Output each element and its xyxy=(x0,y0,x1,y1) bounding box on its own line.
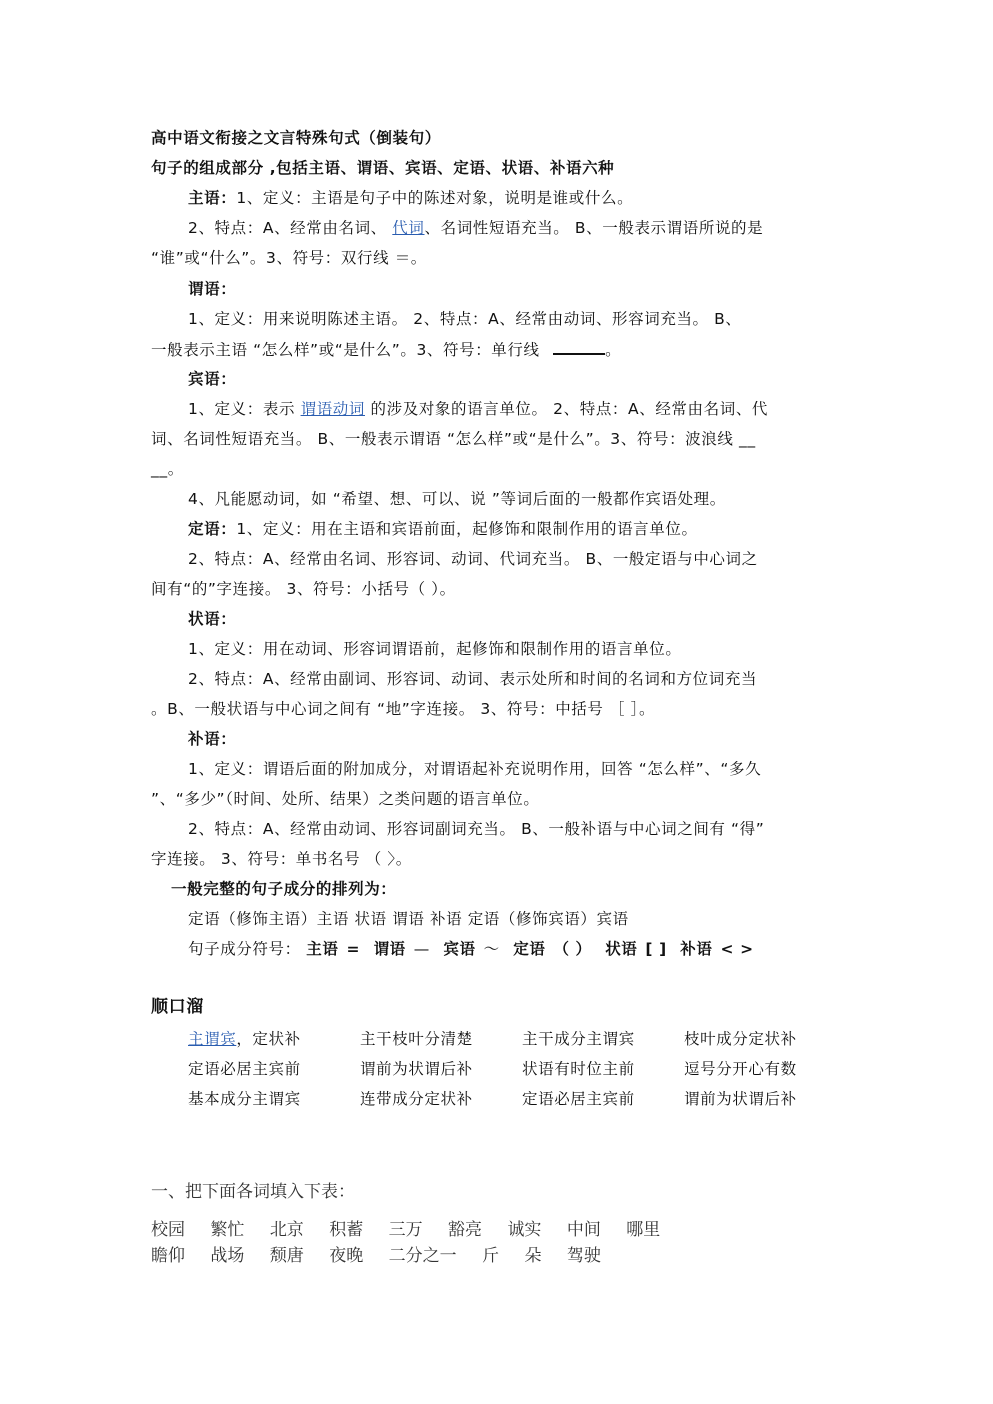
word: 斤 xyxy=(482,1245,499,1267)
word: 驾驶 xyxy=(567,1245,601,1267)
document-page: 高中语文衔接之文言特殊句式（倒装句） 句子的组成部分 ,包括主语、谓语、宾语、定… xyxy=(0,0,993,1404)
weiyu-line-2-end: 。 xyxy=(605,341,621,359)
word: 瞻仰 xyxy=(151,1245,185,1267)
word: 三万 xyxy=(389,1219,423,1241)
rhyme-cell: 主干枝叶分清楚 xyxy=(360,1029,473,1049)
binyu-line-1: 1、定义：表示 谓语动词 的涉及对象的语言单位。 2、特点：A、经常由名词、代 xyxy=(188,399,768,419)
zhuyu-symbol-line: “谁”或“什么”。3、符号：双行线 ＝。 xyxy=(151,248,427,268)
zhuangyu-definition: 1、定义：用在动词、形容词谓语前，起修饰和限制作用的语言单位。 xyxy=(188,639,681,659)
zhuyu-label: 主语： xyxy=(188,189,236,207)
rhyme-cell: 谓前为状谓后补 xyxy=(684,1089,797,1109)
weiyu-line-2-text: 一般表示主语 “怎么样”或“是什么”。3、符号：单行线 xyxy=(151,341,540,359)
symbol-name-dingyu: 定语 xyxy=(513,940,545,958)
buyu-definition-2: ”、“多少”（时间、处所、结果）之类问题的语言单位。 xyxy=(151,789,539,809)
buyu-definition: 1、定义：谓语后面的附加成分，对谓语起补充说明作用，回答 “怎么样”、“多久 xyxy=(188,759,761,779)
dingyu-line-2: 2、特点：A、经常由名词、形容词、动词、代词充当。 B、一般定语与中心词之 xyxy=(188,549,758,569)
buyu-label: 补语： xyxy=(188,729,236,749)
word: 繁忙 xyxy=(210,1219,244,1241)
order-heading: 一般完整的句子成分的排列为： xyxy=(171,879,396,899)
buyu-line-2: 2、特点：A、经常由动词、形容词副词充当。 B、一般补语与中心词之间有 “得” xyxy=(188,819,764,839)
word: 豁亮 xyxy=(448,1219,482,1241)
symbols-label: 句子成分符号： xyxy=(188,940,301,958)
zhuyu-definition-line: 主语：1、定义：主语是句子中的陈述对象，说明是谁或什么。 xyxy=(188,188,633,208)
binyu-line-1-text-2: 的涉及对象的语言单位。 2、特点：A、经常由名词、代 xyxy=(365,400,768,418)
rhyme-heading: 顺口溜 xyxy=(151,997,204,1017)
single-underline-symbol xyxy=(553,339,605,355)
word: 积蓄 xyxy=(329,1219,363,1241)
symbols-line: 句子成分符号： 主语= 谓语— 宾语～ 定语（ ） 状语[ ] 补语< > xyxy=(188,939,762,959)
symbol-name-buyu: 补语 xyxy=(680,940,712,958)
link-weiyu-dongci[interactable]: 谓语动词 xyxy=(301,400,365,418)
symbol-binyu: ～ xyxy=(484,940,500,958)
dingyu-definition-line: 定语：1、定义：用在主语和宾语前面，起修饰和限制作用的语言单位。 xyxy=(188,519,698,539)
zhuangyu-line-3: 。B、一般状语与中心词之间有 “地”字连接。 3、符号：中括号 ［ ］。 xyxy=(151,699,655,719)
word: 诚实 xyxy=(507,1219,541,1241)
exercise-words-row-1: 校园 繁忙 北京 积蓄 三万 豁亮 诚实 中间 哪里 xyxy=(151,1219,680,1241)
binyu-line-3: __。 xyxy=(151,459,184,479)
rhyme-cell: 状语有时位主前 xyxy=(522,1059,635,1079)
symbol-dingyu: （ ） xyxy=(553,940,591,958)
rhyme-cell: 主干成分主谓宾 xyxy=(522,1029,635,1049)
zhuyu-feature-text-2: 、名词性短语充当。 B、一般表示谓语所说的是 xyxy=(425,219,764,237)
symbol-name-zhuyu: 主语 xyxy=(306,940,338,958)
word: 北京 xyxy=(270,1219,304,1241)
symbol-name-zhuangyu: 状语 xyxy=(605,940,637,958)
buyu-line-3: 字连接。 3、符号：单书名号 （ 〉。 xyxy=(151,849,412,869)
rhyme-first-rest: ，定状补 xyxy=(236,1030,300,1048)
word: 二分之一 xyxy=(389,1245,457,1267)
binyu-line-2: 词、名词性短语充当。 B、一般表示谓语 “怎么样”或“是什么”。3、符号：波浪线… xyxy=(151,429,756,449)
exercise-heading: 一、把下面各词填入下表： xyxy=(151,1181,355,1203)
word: 中间 xyxy=(567,1219,601,1241)
order-sequence: 定语（修饰主语）主语 状语 谓语 补语 定语（修饰宾语）宾语 xyxy=(188,909,629,929)
zhuyu-definition: 1、定义：主语是句子中的陈述对象，说明是谁或什么。 xyxy=(236,189,633,207)
symbol-name-binyu: 宾语 xyxy=(443,940,475,958)
binyu-line-4: 4、凡能愿动词，如 “希望、想、可以、说 ”等词后面的一般都作宾语处理。 xyxy=(188,489,726,509)
symbol-weiyu: — xyxy=(414,940,430,958)
binyu-label: 宾语： xyxy=(188,369,236,389)
weiyu-line-2: 一般表示主语 “怎么样”或“是什么”。3、符号：单行线 。 xyxy=(151,339,621,360)
symbol-name-weiyu: 谓语 xyxy=(374,940,406,958)
dingyu-definition: 1、定义：用在主语和宾语前面，起修饰和限制作用的语言单位。 xyxy=(236,520,697,538)
word: 夜晚 xyxy=(329,1245,363,1267)
link-daici[interactable]: 代词 xyxy=(392,219,424,237)
zhuangyu-line-2: 2、特点：A、经常由副词、形容词、动词、表示处所和时间的名词和方位词充当 xyxy=(188,669,757,689)
symbol-zhuangyu: [ ] xyxy=(645,940,666,958)
weiyu-label: 谓语： xyxy=(188,279,236,299)
rhyme-cell: 逗号分开心有数 xyxy=(684,1059,797,1079)
weiyu-line-1: 1、定义：用来说明陈述主语。 2、特点：A、经常由动词、形容词充当。 B、 xyxy=(188,309,742,329)
zhuyu-feature-text: 2、特点：A、经常由名词、 xyxy=(188,219,387,237)
symbol-zhuyu: = xyxy=(346,940,360,958)
binyu-line-1-text: 1、定义：表示 xyxy=(188,400,301,418)
exercise-words-row-2: 瞻仰 战场 颓唐 夜晚 二分之一 斤 朵 驾驶 xyxy=(151,1245,621,1267)
rhyme-cell: 枝叶成分定状补 xyxy=(684,1029,797,1049)
rhyme-cell: 定语必居主宾前 xyxy=(188,1059,301,1079)
zhuyu-feature-line: 2、特点：A、经常由名词、 代词、名词性短语充当。 B、一般表示谓语所说的是 xyxy=(188,218,763,238)
word: 校园 xyxy=(151,1219,185,1241)
symbol-buyu: < > xyxy=(721,940,754,958)
rhyme-cell: 基本成分主谓宾 xyxy=(188,1089,301,1109)
word: 朵 xyxy=(524,1245,541,1267)
rhyme-cell: 主谓宾，定状补 xyxy=(188,1029,301,1049)
rhyme-cell: 谓前为状谓后补 xyxy=(360,1059,473,1079)
word: 哪里 xyxy=(626,1219,660,1241)
dingyu-line-3: 间有“的”字连接。 3、符号：小括号（ ）。 xyxy=(151,579,456,599)
rhyme-cell: 连带成分定状补 xyxy=(360,1089,473,1109)
zhuangyu-label: 状语： xyxy=(188,609,236,629)
rhyme-cell: 定语必居主宾前 xyxy=(522,1089,635,1109)
word: 战场 xyxy=(210,1245,244,1267)
document-title: 高中语文衔接之文言特殊句式（倒装句） xyxy=(151,128,441,148)
document-subtitle: 句子的组成部分 ,包括主语、谓语、宾语、定语、状语、补语六种 xyxy=(151,158,614,178)
link-zhuweibin[interactable]: 主谓宾 xyxy=(188,1030,236,1048)
word: 颓唐 xyxy=(270,1245,304,1267)
dingyu-label: 定语： xyxy=(188,520,236,538)
